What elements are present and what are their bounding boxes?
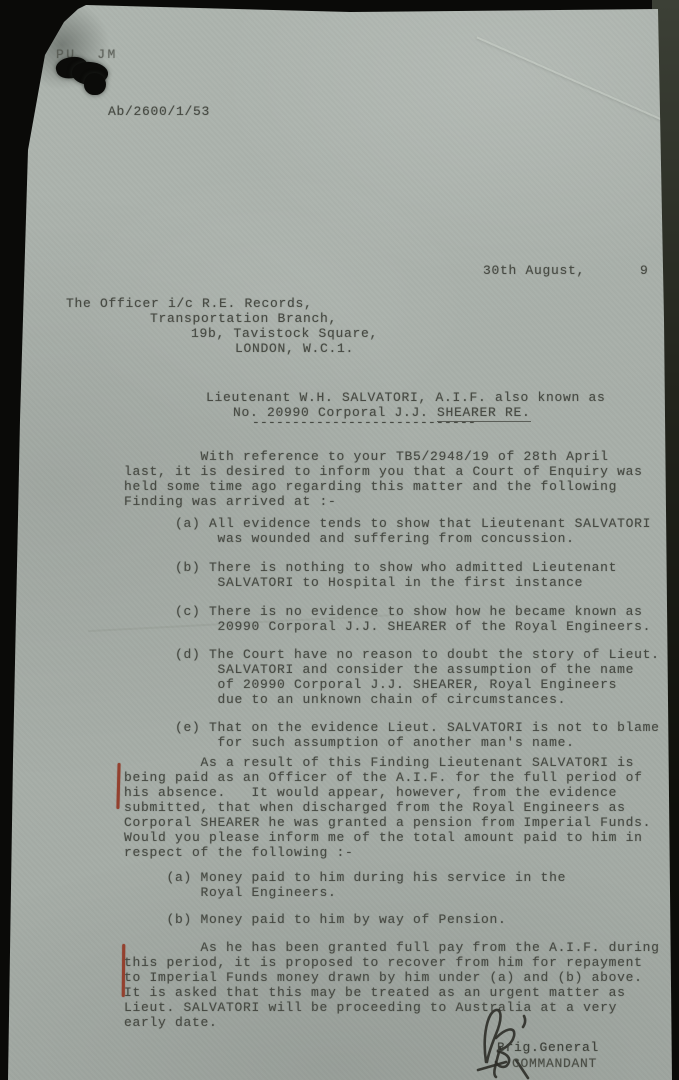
letter-date-year-fragment: 9 [640, 263, 649, 278]
money-item-a: (a) Money paid to him during his service… [124, 870, 566, 900]
money-item-b: (b) Money paid to him by way of Pension. [124, 912, 507, 927]
recipient-line-4: LONDON, W.C.1. [235, 341, 354, 356]
red-margin-mark-1 [116, 763, 120, 809]
subject-line-1: Lieutenant W.H. SALVATORI, A.I.F. also k… [206, 390, 606, 405]
recipient-line-1: The Officer i/c R.E. Records, [66, 296, 313, 311]
recipient-line-2: Transportation Branch, [150, 311, 337, 326]
opening-paragraph: With reference to your TB5/2948/19 of 28… [124, 449, 643, 509]
pay-and-pension-paragraph: As a result of this Finding Lieutenant S… [124, 755, 651, 860]
finding-item-e: (e) That on the evidence Lieut. SALVATOR… [124, 720, 660, 750]
scanned-letter-page: PU JM Ab/2600/1/53 30th August, 9 The Of… [0, 0, 679, 1080]
file-reference: Ab/2600/1/53 [108, 104, 210, 119]
subject-dashed-rule: ---------------------------- [252, 415, 476, 430]
signature-rank: Brig.General [497, 1040, 599, 1055]
finding-item-a: (a) All evidence tends to show that Lieu… [124, 516, 651, 546]
signature-title: COMMANDANT [512, 1056, 597, 1071]
finding-item-b: (b) There is nothing to show who admitte… [124, 560, 617, 590]
letter-date: 30th August, [483, 263, 585, 278]
paper-hole [84, 73, 106, 95]
finding-item-d: (d) The Court have no reason to doubt th… [124, 647, 660, 707]
recipient-line-3: 19b, Tavistock Square, [191, 326, 378, 341]
letter-paper: PU JM Ab/2600/1/53 30th August, 9 The Of… [0, 0, 679, 1080]
paper-crease [476, 36, 664, 121]
closing-paragraph: As he has been granted full pay from the… [124, 940, 660, 1030]
finding-item-c: (c) There is no evidence to show how he … [124, 604, 651, 634]
